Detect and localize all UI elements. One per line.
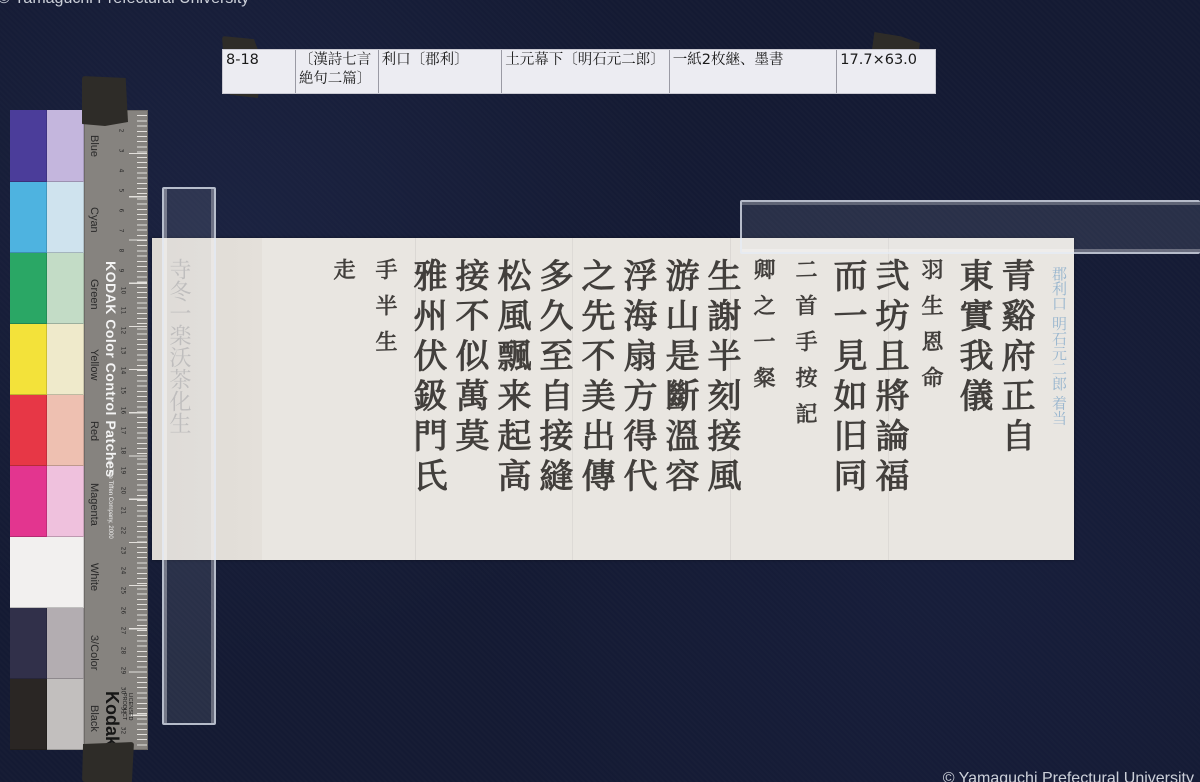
text-column: 浮海扇方得代: [618, 257, 656, 548]
ruler-major-ticks: [129, 111, 147, 749]
ruler-number: 27: [119, 627, 126, 635]
text-column: 二首手按記: [786, 257, 824, 548]
ruler-label-yellow: Yellow: [88, 349, 100, 380]
ruler-number: 16: [119, 407, 126, 415]
ruler-number: 25: [119, 587, 126, 595]
patch-cyan-light: [47, 182, 84, 253]
ruler-number: 14: [119, 367, 126, 375]
text-column: 而一見如旧同: [828, 257, 866, 548]
patch-white: [10, 537, 84, 608]
patch-3color-dark: [10, 608, 47, 679]
text-column: 弐坊且將論福: [870, 257, 908, 548]
color-control-patches: [10, 110, 84, 748]
patch-black-dark: [10, 679, 47, 750]
calligraphy-letter: 寺冬一楽沃茶化生 郡利口 明石元二郎 着当 青谿府正自 東實我儀 羽生恩命 弐坊…: [152, 238, 1074, 560]
text-column: 東實我儀: [954, 257, 992, 548]
ruler-number: 8: [117, 249, 124, 253]
label-format: 一紙2枚継、墨書: [670, 50, 838, 93]
pencil-annotation: 郡利口 明石元二郎 着当: [1050, 266, 1068, 426]
ruler-number: 11: [119, 307, 126, 315]
ruler-number: 10: [119, 287, 126, 295]
patch-cyan-dark: [10, 182, 47, 253]
ruler-label-white: White: [88, 563, 100, 591]
label-author: 土元幕下〔明石元二郎〕: [502, 50, 670, 93]
label-dimensions: 17.7×63.0: [837, 50, 935, 93]
ruler-number: 21: [119, 507, 126, 515]
patch-green-light: [47, 253, 84, 324]
patch-magenta-light: [47, 466, 84, 537]
watermark-bottom: © Yamaguchi Prefectural University: [943, 770, 1194, 782]
ruler-number: 32: [119, 727, 126, 735]
ruler-number: 29: [119, 667, 126, 675]
watermark-top: © Yamaguchi Prefectural University: [0, 0, 249, 8]
ruler-number: 2: [117, 129, 124, 133]
text-column: 多久至自接縫: [534, 257, 572, 548]
patch-magenta-dark: [10, 466, 47, 537]
patch-black-light: [47, 679, 84, 750]
patch-yellow-light: [47, 324, 84, 395]
ruler-label-blue: Blue: [88, 135, 100, 157]
catalog-label-strip: 8-18 〔漢詩七言絶句二篇〕 利口〔郡利〕 土元幕下〔明石元二郎〕 一紙2枚継…: [222, 49, 936, 94]
glass-weight-horizontal: [740, 200, 1200, 254]
label-recipient: 利口〔郡利〕: [379, 50, 503, 93]
kodak-brand-title: KODAK Color Control Patches: [103, 261, 119, 478]
label-catalog-number: 8-18: [223, 50, 296, 93]
ruler-number: 15: [119, 387, 126, 395]
tape-piece: [82, 76, 128, 126]
text-column: 之先不美出傳: [576, 257, 614, 548]
ruler-number: 31: [119, 707, 126, 715]
ruler-number: 19: [119, 467, 126, 475]
ruler-label-red: Red: [88, 421, 100, 441]
patch-blue-light: [47, 110, 84, 182]
ruler-number: 17: [119, 427, 126, 435]
ruler-label-cyan: Cyan: [88, 207, 100, 233]
tiffen-copyright: © The Tiffen Company, 2000: [107, 461, 113, 539]
ruler-number: 12: [119, 327, 126, 335]
calligraphy-columns: 青谿府正自 東實我儀 羽生恩命 弐坊且將論福 而一見如旧同 二首手按記 卿之一粲…: [324, 258, 1034, 548]
ruler-number: 23: [119, 547, 126, 555]
patch-red-light: [47, 395, 84, 466]
patch-red-dark: [10, 395, 47, 466]
ruler-cm-numbers: 2 3 4 5 6 7 8 9 10 11 12 13 14 15 16 17 …: [119, 111, 131, 749]
ruler-number: 7: [117, 229, 124, 233]
ruler-label-3color: 3/Color: [88, 635, 100, 670]
ruler-number: 5: [117, 189, 124, 193]
ruler-number: 24: [119, 567, 126, 575]
text-column: 接不似萬莫: [450, 257, 488, 548]
text-column: 羽生恩命: [912, 257, 950, 548]
ruler-number: 18: [119, 447, 126, 455]
text-column: 走: [324, 257, 362, 548]
ruler-number: 26: [119, 607, 126, 615]
ruler-number: 20: [119, 487, 126, 495]
ruler-number: 22: [119, 527, 126, 535]
label-title: 〔漢詩七言絶句二篇〕: [296, 50, 379, 93]
ruler-label-green: Green: [88, 279, 100, 310]
patch-blue-dark: [10, 110, 47, 182]
ruler-number: 3: [117, 149, 124, 153]
ruler-number: 13: [119, 347, 126, 355]
ruler-number: 6: [117, 209, 124, 213]
ruler-number: 28: [119, 647, 126, 655]
patch-yellow-dark: [10, 324, 47, 395]
ruler-number: 9: [117, 269, 124, 273]
text-column: 手半生: [366, 257, 404, 548]
kodak-ruler: Blue Cyan Green Yellow Red Magenta White…: [84, 110, 148, 750]
patch-green-dark: [10, 253, 47, 324]
text-column: 卿之一粲: [744, 257, 782, 548]
ruler-number: 4: [117, 169, 124, 173]
text-column: 雅州伏鈒門氏: [408, 257, 446, 548]
ruler-label-black: Black: [88, 705, 100, 732]
patch-3color-light: [47, 608, 84, 679]
glass-weight-vertical: [162, 187, 216, 725]
text-column: 生謝半刻接風: [702, 257, 740, 548]
ruler-number: 30: [119, 687, 126, 695]
text-column: 游山是斷溫容: [660, 257, 698, 548]
tape-piece: [82, 742, 134, 782]
ruler-label-magenta: Magenta: [88, 483, 100, 526]
text-column: 青谿府正自: [996, 257, 1034, 548]
text-column: 松風飄来起高: [492, 257, 530, 548]
